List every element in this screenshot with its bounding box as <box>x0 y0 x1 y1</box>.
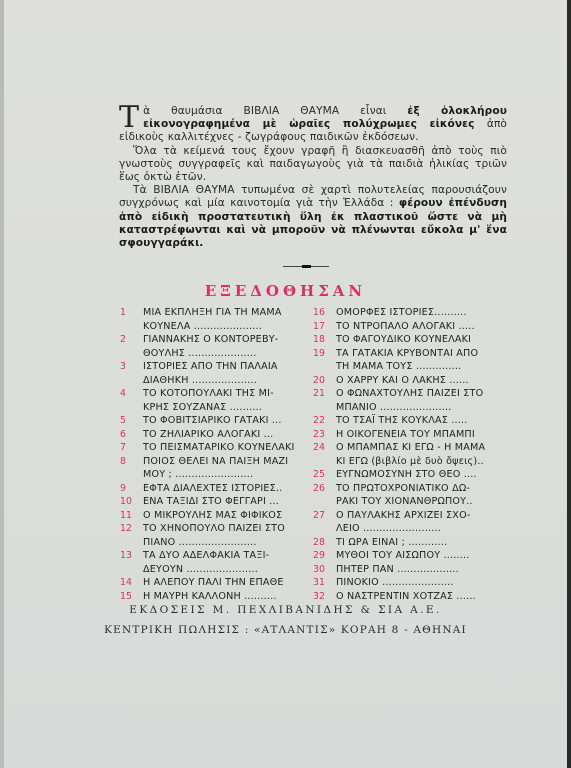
book-number: 24 <box>313 441 331 455</box>
book-number: 31 <box>313 576 331 590</box>
book-number: 22 <box>313 414 331 428</box>
book-list-item: 30ΠΗΤΕΡ ΠΑΝ ................... <box>313 563 508 577</box>
book-list-item: 27Ο ΠΑΥΛΑΚΗΣ ΑΡΧΙΖΕΙ ΣΧΟ-ΛΕΙΟ ..........… <box>313 509 508 536</box>
book-number: 21 <box>313 387 331 401</box>
book-list-item: 13ΤΑ ΔΥΟ ΑΔΕΛΦΑΚΙΑ ΤΑΞΙ-ΔΕΥΟΥΝ .........… <box>120 549 310 576</box>
publisher-line: ΕΚΔΟΣΕΙΣ Μ. ΠΕΧΛΙΒΑΝΙΔΗΣ & ΣΙΑ Α.Ε. <box>0 604 571 616</box>
book-title-line: ΜΟΥ ; ........................ <box>143 468 310 482</box>
book-number: 30 <box>313 563 331 577</box>
book-list-item: 31ΠΙΝΟΚΙΟ ...................... <box>313 576 508 590</box>
book-number: 3 <box>120 360 136 374</box>
book-title-line: ΚΡΗΣ ΣΟΥΖΑΝΑΣ .......... <box>143 401 310 415</box>
book-title-line: ΜΙΑ ΕΚΠΛΗΞΗ ΓΙΑ ΤΗ ΜΑΜΑ <box>143 306 310 320</box>
book-title-line: ΘΟΥΛΗΣ ..................... <box>143 347 310 361</box>
book-title-line: Ο ΦΩΝΑΧΤΟΥΛΗΣ ΠΑΙΖΕΙ ΣΤΟ <box>336 387 508 401</box>
book-list-item: 1ΜΙΑ ΕΚΠΛΗΞΗ ΓΙΑ ΤΗ ΜΑΜΑΚΟΥΝΕΛΑ ........… <box>120 306 310 333</box>
page-edge-right <box>567 0 571 768</box>
book-title-line: ΤΙ ΩΡΑ ΕΙΝΑΙ ; ............ <box>336 536 508 550</box>
book-number: 7 <box>120 441 136 455</box>
book-number: 14 <box>120 576 136 590</box>
book-title-line: Η ΟΙΚΟΓΕΝΕΙΑ ΤΟΥ ΜΠΑΜΠΙ <box>336 428 508 442</box>
book-title-line: ΤΟ ΦΑΓΟΥΔΙΚΟ ΚΟΥΝΕΛΑΚΙ <box>336 333 508 347</box>
book-number: 29 <box>313 549 331 563</box>
book-title-line: Ο ΠΑΥΛΑΚΗΣ ΑΡΧΙΖΕΙ ΣΧΟ- <box>336 509 508 523</box>
book-title-line: ΤΟ ΠΡΩΤΟΧΡΟΝΙΑΤΙΚΟ ΔΩ- <box>336 482 508 496</box>
book-number: 18 <box>313 333 331 347</box>
book-title-line: ΔΕΥΟΥΝ ...................... <box>143 563 310 577</box>
book-title-line: ΠΗΤΕΡ ΠΑΝ ................... <box>336 563 508 577</box>
book-list-item: 2ΓΙΑΝΝΑΚΗΣ Ο ΚΟΝΤΟΡΕΒΥ-ΘΟΥΛΗΣ ..........… <box>120 333 310 360</box>
book-number: 27 <box>313 509 331 523</box>
book-number: 2 <box>120 333 136 347</box>
book-list-item: 24Ο ΜΠΑΜΠΑΣ ΚΙ ΕΓΩ - Η ΜΑΜΑΚΙ ΕΓΩ (βιβλί… <box>313 441 508 468</box>
book-list-item: 16ΟΜΟΡΦΕΣ ΙΣΤΟΡΙΕΣ.......... <box>313 306 508 320</box>
book-number: 1 <box>120 306 136 320</box>
book-list-item: 9ΕΦΤΑ ΔΙΑΛΕΧΤΕΣ ΙΣΤΟΡΙΕΣ.. <box>120 482 310 496</box>
book-number: 12 <box>120 522 136 536</box>
book-list-item: 17ΤΟ ΝΤΡΟΠΑΛΟ ΑΛΟΓΑΚΙ ..... <box>313 320 508 334</box>
book-title-line: ΤΟ ΦΟΒΙΤΣΙΑΡΙΚΟ ΓΑΤΑΚΙ ... <box>143 414 310 428</box>
book-title-line: ΕΝΑ ΤΑΞΙΔΙ ΣΤΟ ΦΕΓΓΑΡΙ ... <box>143 495 310 509</box>
book-number: 6 <box>120 428 136 442</box>
book-list-item: 10ΕΝΑ ΤΑΞΙΔΙ ΣΤΟ ΦΕΓΓΑΡΙ ... <box>120 495 310 509</box>
book-number: 4 <box>120 387 136 401</box>
book-number: 25 <box>313 468 331 482</box>
back-cover-page: Τὰ θαυμάσια ΒΙΒΛΙΑ ΘΑΥΜΑ εἶναι ἐξ ὁλοκλή… <box>0 0 571 768</box>
book-number: 20 <box>313 374 331 388</box>
book-title-line: ΤΟ ΤΣΑΪ ΤΗΣ ΚΟΥΚΛΑΣ ..... <box>336 414 508 428</box>
book-title-line: ΤΟ ΧΗΝΟΠΟΥΛΟ ΠΑΙΖΕΙ ΣΤΟ <box>143 522 310 536</box>
book-title-line: Ο ΜΙΚΡΟΥΛΗΣ ΜΑΣ ΦΙΦΙΚΟΣ <box>143 509 310 523</box>
book-number: 10 <box>120 495 136 509</box>
book-list-item: 21Ο ΦΩΝΑΧΤΟΥΛΗΣ ΠΑΙΖΕΙ ΣΤΟΜΠΑΝΙΟ .......… <box>313 387 508 414</box>
book-list-item: 5ΤΟ ΦΟΒΙΤΣΙΑΡΙΚΟ ΓΑΤΑΚΙ ... <box>120 414 310 428</box>
sales-address-line: ΚΕΝΤΡΙΚΗ ΠΩΛΗΣΙΣ : «ΑΤΛΑΝΤΙΣ» ΚΟΡΑΗ 8 - … <box>0 624 571 636</box>
book-title-line: Η ΜΑΥΡΗ ΚΑΛΛΟΝΗ .......... <box>143 590 310 604</box>
book-title-line: ΓΙΑΝΝΑΚΗΣ Ο ΚΟΝΤΟΡΕΒΥ- <box>143 333 310 347</box>
book-number: 11 <box>120 509 136 523</box>
book-list-item: 29ΜΥΘΟΙ ΤΟΥ ΑΙΣΩΠΟΥ ........ <box>313 549 508 563</box>
page-edge-left <box>0 0 4 768</box>
book-list-item: 7ΤΟ ΠΕΙΣΜΑΤΑΡΙΚΟ ΚΟΥΝΕΛΑΚΙ <box>120 441 310 455</box>
book-title-line: ΔΙΑΘΗΚΗ .................... <box>143 374 310 388</box>
book-title-line: ΚΙ ΕΓΩ (βιβλίο μὲ δυὸ ὄψεις).. <box>336 455 508 469</box>
book-list-item: 8ΠΟΙΟΣ ΘΕΛΕΙ ΝΑ ΠΑΙΞΗ ΜΑΖΙΜΟΥ ; ........… <box>120 455 310 482</box>
book-list-item: 19ΤΑ ΓΑΤΑΚΙΑ ΚΡΥΒΟΝΤΑΙ ΑΠΟΤΗ ΜΑΜΑ ΤΟΥΣ .… <box>313 347 508 374</box>
book-list-item: 28ΤΙ ΩΡΑ ΕΙΝΑΙ ; ............ <box>313 536 508 550</box>
book-number: 26 <box>313 482 331 496</box>
book-number: 8 <box>120 455 136 469</box>
book-list-item: 22ΤΟ ΤΣΑΪ ΤΗΣ ΚΟΥΚΛΑΣ ..... <box>313 414 508 428</box>
book-number: 32 <box>313 590 331 604</box>
book-list-item: 15Η ΜΑΥΡΗ ΚΑΛΛΟΝΗ .......... <box>120 590 310 604</box>
book-list-item: 11Ο ΜΙΚΡΟΥΛΗΣ ΜΑΣ ΦΙΦΙΚΟΣ <box>120 509 310 523</box>
intro-p2: Ὅλα τὰ κείμενά τους ἔχουν γραφῆ ἢ διασκε… <box>119 145 507 185</box>
book-title-line: ΤΟ ΚΟΤΟΠΟΥΛΑΚΙ ΤΗΣ ΜΙ- <box>143 387 310 401</box>
book-number: 28 <box>313 536 331 550</box>
book-title-line: ΤΗ ΜΑΜΑ ΤΟΥΣ .............. <box>336 360 508 374</box>
book-title-line: ΤΟ ΝΤΡΟΠΑΛΟ ΑΛΟΓΑΚΙ ..... <box>336 320 508 334</box>
book-title-line: ΤΑ ΔΥΟ ΑΔΕΛΦΑΚΙΑ ΤΑΞΙ- <box>143 549 310 563</box>
intro-p1-a: ὰ θαυμάσια ΒΙΒΛΙΑ ΘΑΥΜΑ εἶναι <box>143 105 407 117</box>
book-title-line: ΜΥΘΟΙ ΤΟΥ ΑΙΣΩΠΟΥ ........ <box>336 549 508 563</box>
book-list-item: 3ΙΣΤΟΡΙΕΣ ΑΠΟ ΤΗΝ ΠΑΛΑΙΑΔΙΑΘΗΚΗ ........… <box>120 360 310 387</box>
book-list-item: 6ΤΟ ΖΗΛΙΑΡΙΚΟ ΑΛΟΓΑΚΙ ... <box>120 428 310 442</box>
book-title-line: ΟΜΟΡΦΕΣ ΙΣΤΟΡΙΕΣ.......... <box>336 306 508 320</box>
book-title-line: ΤΟ ΖΗΛΙΑΡΙΚΟ ΑΛΟΓΑΚΙ ... <box>143 428 310 442</box>
book-title-line: ΠΙΝΟΚΙΟ ...................... <box>336 576 508 590</box>
book-title-line: Ο ΜΠΑΜΠΑΣ ΚΙ ΕΓΩ - Η ΜΑΜΑ <box>336 441 508 455</box>
book-title-line: ΤΑ ΓΑΤΑΚΙΑ ΚΡΥΒΟΝΤΑΙ ΑΠΟ <box>336 347 508 361</box>
drop-cap: Τ <box>119 106 139 130</box>
book-title-line: ΤΟ ΠΕΙΣΜΑΤΑΡΙΚΟ ΚΟΥΝΕΛΑΚΙ <box>143 441 310 455</box>
book-title-line: Ο ΝΑΣΤΡΕΝΤΙΝ ΧΟΤΖΑΣ ...... <box>336 590 508 604</box>
book-title-line: ΡΑΚΙ ΤΟΥ ΧΙΟΝΑΝΘΡΩΠΟΥ.. <box>336 495 508 509</box>
book-number: 15 <box>120 590 136 604</box>
book-list-left: 1ΜΙΑ ΕΚΠΛΗΞΗ ΓΙΑ ΤΗ ΜΑΜΑΚΟΥΝΕΛΑ ........… <box>120 306 310 603</box>
book-number: 9 <box>120 482 136 496</box>
divider-ornament-icon <box>283 265 329 268</box>
book-title-line: ΚΟΥΝΕΛΑ ..................... <box>143 320 310 334</box>
book-title-line: Ο ΧΑΡΡΥ ΚΑΙ Ο ΛΑΚΗΣ ...... <box>336 374 508 388</box>
intro-text: Τὰ θαυμάσια ΒΙΒΛΙΑ ΘΑΥΜΑ εἶναι ἐξ ὁλοκλή… <box>119 105 507 250</box>
book-number: 23 <box>313 428 331 442</box>
book-title-line: Η ΑΛΕΠΟΥ ΠΑΛΙ ΤΗΝ ΕΠΑΘΕ <box>143 576 310 590</box>
book-number: 16 <box>313 306 331 320</box>
book-list-item: 4ΤΟ ΚΟΤΟΠΟΥΛΑΚΙ ΤΗΣ ΜΙ-ΚΡΗΣ ΣΟΥΖΑΝΑΣ ...… <box>120 387 310 414</box>
book-title-line: ΕΦΤΑ ΔΙΑΛΕΧΤΕΣ ΙΣΤΟΡΙΕΣ.. <box>143 482 310 496</box>
book-list-item: 18ΤΟ ΦΑΓΟΥΔΙΚΟ ΚΟΥΝΕΛΑΚΙ <box>313 333 508 347</box>
book-list-item: 14Η ΑΛΕΠΟΥ ΠΑΛΙ ΤΗΝ ΕΠΑΘΕ <box>120 576 310 590</box>
book-title-line: ΕΥΓΝΩΜΟΣΥΝΗ ΣΤΟ ΘΕΟ .... <box>336 468 508 482</box>
book-list-item: 26ΤΟ ΠΡΩΤΟΧΡΟΝΙΑΤΙΚΟ ΔΩ-ΡΑΚΙ ΤΟΥ ΧΙΟΝΑΝΘ… <box>313 482 508 509</box>
published-heading: ΕΞΕΔΟΘΗΣΑΝ <box>0 282 571 300</box>
book-list-item: 32Ο ΝΑΣΤΡΕΝΤΙΝ ΧΟΤΖΑΣ ...... <box>313 590 508 604</box>
book-number: 13 <box>120 549 136 563</box>
book-title-line: ΛΕΙΟ ........................ <box>336 522 508 536</box>
book-number: 19 <box>313 347 331 361</box>
book-title-line: ΠΙΑΝΟ ........................ <box>143 536 310 550</box>
book-list-item: 12ΤΟ ΧΗΝΟΠΟΥΛΟ ΠΑΙΖΕΙ ΣΤΟΠΙΑΝΟ .........… <box>120 522 310 549</box>
book-title-line: ΠΟΙΟΣ ΘΕΛΕΙ ΝΑ ΠΑΙΞΗ ΜΑΖΙ <box>143 455 310 469</box>
book-list-item: 20Ο ΧΑΡΡΥ ΚΑΙ Ο ΛΑΚΗΣ ...... <box>313 374 508 388</box>
book-list-right: 16ΟΜΟΡΦΕΣ ΙΣΤΟΡΙΕΣ..........17ΤΟ ΝΤΡΟΠΑΛ… <box>313 306 508 603</box>
book-number: 17 <box>313 320 331 334</box>
book-list-item: 25ΕΥΓΝΩΜΟΣΥΝΗ ΣΤΟ ΘΕΟ .... <box>313 468 508 482</box>
book-title-line: ΜΠΑΝΙΟ ...................... <box>336 401 508 415</box>
book-title-line: ΙΣΤΟΡΙΕΣ ΑΠΟ ΤΗΝ ΠΑΛΑΙΑ <box>143 360 310 374</box>
book-number: 5 <box>120 414 136 428</box>
book-list-item: 23Η ΟΙΚΟΓΕΝΕΙΑ ΤΟΥ ΜΠΑΜΠΙ <box>313 428 508 442</box>
